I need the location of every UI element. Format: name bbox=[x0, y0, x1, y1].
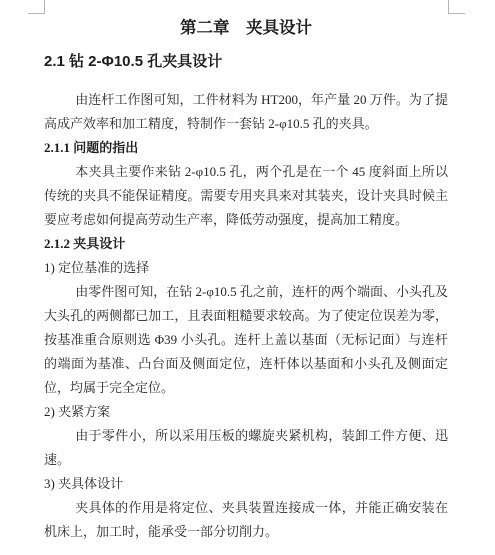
paragraph-problem-statement: 本夹具主要作来钻 2-φ10.5 孔，两个孔是在一个 45 度斜面上所以传统的夹… bbox=[44, 160, 448, 232]
document-page: 第二章 夹具设计 2.1 钻 2-Φ10.5 孔夹具设计 由连杆工作图可知，工件… bbox=[0, 0, 495, 555]
paragraph-fixture-body-design: 夹具体的作用是将定位、夹具装置连接成一体，并能正确安装在机床上，加工时，能承受一… bbox=[44, 496, 448, 544]
list-item-3-heading: 3) 夹具体设计 bbox=[44, 472, 448, 496]
margin-crop-mark-top-right bbox=[448, 0, 465, 14]
heading-2-1-2: 2.1.2 夹具设计 bbox=[44, 232, 448, 256]
margin-crop-mark-top-left bbox=[28, 0, 45, 14]
chapter-title: 第二章 夹具设计 bbox=[44, 16, 448, 40]
section-heading-2-1: 2.1 钻 2-Φ10.5 孔夹具设计 bbox=[44, 50, 448, 74]
heading-2-1-1: 2.1.1 问题的指出 bbox=[44, 136, 448, 160]
paragraph-clamping-scheme: 由于零件小，所以采用压板的螺旋夹紧机构，装卸工件方便、迅速。 bbox=[44, 424, 448, 472]
list-item-1-heading: 1) 定位基准的选择 bbox=[44, 256, 448, 280]
list-item-2-heading: 2) 夹紧方案 bbox=[44, 400, 448, 424]
paragraph-intro: 由连杆工作图可知，工件材料为 HT200，年产量 20 万件。为了提高成产效率和… bbox=[44, 88, 448, 136]
page-content: 第二章 夹具设计 2.1 钻 2-Φ10.5 孔夹具设计 由连杆工作图可知，工件… bbox=[44, 0, 448, 544]
paragraph-datum-selection: 由零件图可知，在钻 2-φ10.5 孔之前，连杆的两个端面、小头孔及大头孔的两侧… bbox=[44, 280, 448, 400]
